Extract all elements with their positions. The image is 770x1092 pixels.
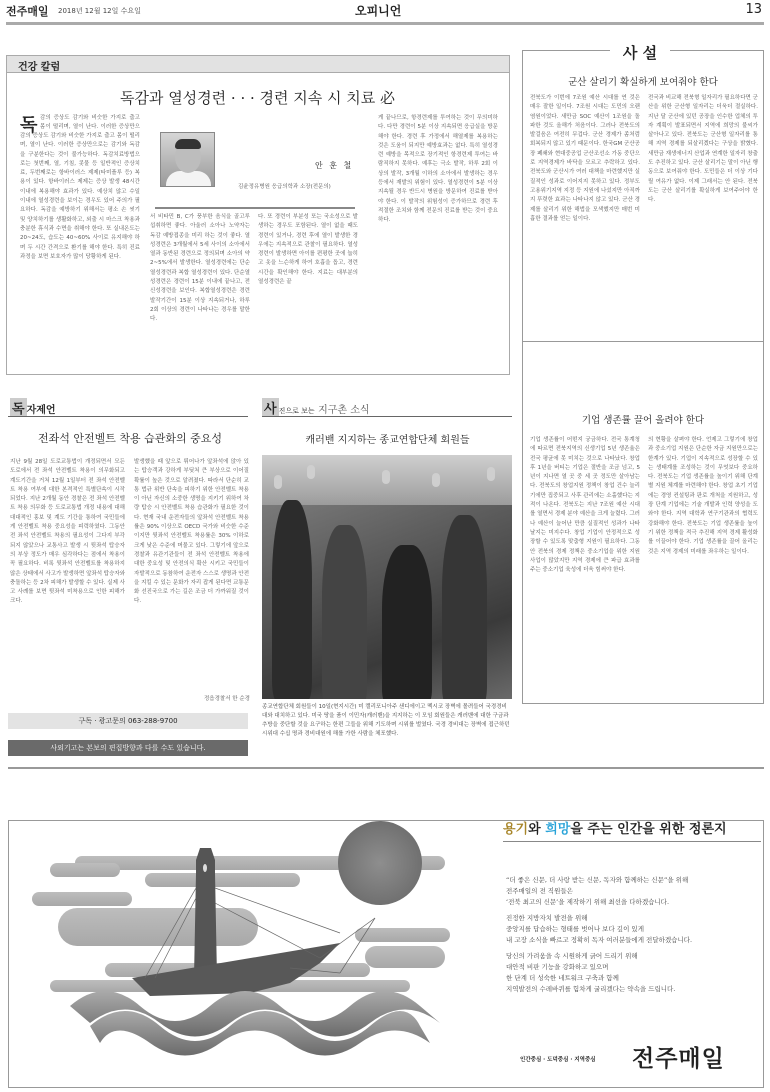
reader-col-2: 발생했을 때 앞으로 튀어나가 앞좌석에 앉아 있는 탑승객과 강하게 부딪쳐 … (134, 458, 249, 693)
health-col-1-intro: 감의 증상도 감기와 비슷한 가지로 춥고 몸이 떨리며, 열이 난다. 이러한… (40, 114, 140, 132)
reader-column-tag: 독자제언 (10, 398, 56, 417)
health-column-band (6, 55, 510, 73)
slogan-rest: 을 주는 인간을 위한 정론지 (570, 822, 726, 837)
photo-hand (274, 475, 282, 489)
news-photo (262, 455, 512, 699)
health-col-2: 서 비타민 B, C가 풍부한 음식을 골고루 섭취하면 좋다. 아울러 소아나… (150, 213, 250, 370)
ad-logo: 전주매일 (632, 1040, 725, 1073)
slogan-courage: 용기 (503, 822, 528, 837)
masthead-brand: 전주매일 (6, 3, 49, 19)
ad-motto: 인간중심 · 도덕중심 · 지역중심 (520, 1055, 596, 1063)
health-column-title: 독감과 열성경련 · · · 경련 지속 시 치료 必 (0, 87, 515, 108)
photo-figure (322, 525, 367, 699)
photo-hair (175, 139, 201, 149)
photo-caption: 종교연합단체 회원들이 10일(현지시간) 미 캘리포니아주 샌디에이고 멕시코… (262, 703, 512, 739)
editorial-2-col-2: 의 현황을 살펴야 한다. 언제고 그렇기에 창업과 중소기업 지원은 단순한 … (648, 436, 758, 696)
reader-tag-rest: 자제언 (27, 405, 56, 416)
photo-hand (307, 465, 315, 479)
world-news-title: 캐러밴 지지하는 종교연합단체 회원들 (260, 431, 515, 446)
author-name: 안 훈 철 (315, 160, 353, 171)
section-title: 오피니언 (355, 2, 401, 19)
ad-pledge: “더 좋은 신문, 더 사랑 받는 신문, 독자와 함께하는 신문”을 위해 전… (506, 875, 764, 1000)
slogan-connector: 와 (528, 822, 545, 837)
pledge-paragraph-2: 진정한 지방자치 발전을 위해 중앙지를 답습하는 형태를 벗어나 보다 깊이 … (506, 913, 764, 946)
author-rule (155, 207, 355, 209)
slogan-hope: 희망 (545, 822, 570, 837)
pledge-line: “더 좋은 신문, 더 사랑 받는 신문, 독자와 함께하는 신문”을 위해 (506, 876, 688, 884)
world-news-tag: 사진으로 보는 지구촌 소식 (262, 398, 370, 417)
pledge-line: 전주매일의 전 직원들은 (506, 887, 573, 895)
reader-byline: 정읍경찰서 한 순경 (180, 695, 250, 705)
world-news-rule (262, 416, 512, 417)
health-column-label: 건강 칼럼 (18, 58, 60, 73)
photo-figure (382, 545, 432, 699)
issue-date: 2018년 12월 12일 수요일 (58, 6, 141, 16)
editorial-1-col-1: 전북도가 이번에 7조원 예산 시대를 연 것은 매우 잘한 일이다. 7조원 … (530, 94, 640, 396)
editorial-2-title: 기업 생존률 끌어 올려야 한다 (522, 412, 764, 426)
reader-col-1: 지난 9월 28일 도로교통법이 개정되면서 모든 도로에서 전 좌석 안전벨트… (10, 458, 125, 706)
world-tag-initial: 사 (262, 398, 279, 417)
photo-figure (272, 500, 312, 699)
subscription-phone: 063-288-9700 (128, 717, 178, 725)
pledge-line: 내 고장 소식을 빠르고 정확히 독자 여러분들에게 전달하겠습니다. (506, 936, 692, 944)
world-tag-rest: 지구촌 소식 (318, 405, 369, 416)
health-col-3: 다. 또 경련이 부분성 또는 국소성으로 발생하는 경우도 포함된다. 열이 … (258, 213, 358, 370)
ad-slogan: 용기와 희망을 주는 인간을 위한 정론지 (503, 818, 727, 837)
author-photo (160, 132, 215, 187)
subscription-label: 구독 · 광고문의 (78, 717, 125, 725)
pledge-line: 중앙지를 답습하는 형태를 벗어나 보다 깊이 있게 (506, 925, 644, 933)
pledge-paragraph-1: “더 좋은 신문, 더 사랑 받는 신문, 독자와 함께하는 신문”을 위해 전… (506, 875, 764, 908)
pen-nib-sailboat-illustration (20, 818, 490, 1078)
disclaimer-band: 사외기고는 본보의 편집방향과 다를 수도 있습니다. (8, 740, 248, 756)
subscription-band: 구독 · 광고문의 063-288-9700 (8, 713, 248, 729)
editorial-label: 사 설 (610, 42, 670, 63)
reader-column-rule (8, 416, 248, 417)
health-col-4: 게 끝나므로, 항경련제를 투여하는 것이 무의미하다. 다만 경련이 5분 이… (378, 114, 498, 370)
photo-hand (382, 470, 390, 484)
pledge-line: ‘전북 최고의 신문’을 제작하기 위해 최선을 다하겠습니다. (506, 898, 669, 906)
pledge-line: 당신의 가려움을 속 시원하게 긁어 드리기 위해 (506, 952, 638, 960)
photo-figure (442, 515, 487, 699)
ad-rule (503, 841, 761, 842)
page-number: 13 (745, 2, 762, 17)
editorial-1-title: 군산 살리기 확실하게 보여줘야 한다 (522, 74, 764, 88)
editorial-2-col-1: 기업 생존률이 어떤지 궁금하다. 전국 통계청에 따르면 전북지역의 신생기업… (530, 436, 640, 696)
pledge-line: 한 단계 더 성숙한 네트워크 구축과 함께 (506, 974, 619, 982)
photo-hand (432, 473, 440, 487)
photo-body (166, 171, 211, 187)
author-role: 김윤정유병원 응급의학과 소장(전문의) (238, 182, 331, 190)
photo-hand (487, 467, 495, 481)
pledge-line: 지역발전의 수레바퀴를 힘차게 굴리겠다는 약속을 드립니다. (506, 985, 675, 993)
pledge-line: 대안적 비판 기능을 강화하고 있으며 (506, 963, 608, 971)
pledge-paragraph-3: 당신의 가려움을 속 시원하게 긁어 드리기 위해 대안적 비판 기능을 강화하… (506, 951, 764, 995)
world-tag-small: 진으로 보는 (279, 407, 315, 415)
reader-column-title: 전좌석 안전벨트 착용 습관화의 중요성 (0, 430, 260, 446)
editorial-1-col-2: 전국과 비교해 전북형 일자리가 필요하다면 군산을 위한 군산형 일자리는 더… (648, 94, 758, 396)
header-rule (6, 22, 764, 25)
health-col-1: 감의 증상도 감기와 비슷한 가지로 춥고 몸이 떨리며, 열이 난다. 이러한… (20, 132, 140, 370)
reader-tag-initial: 독 (10, 398, 27, 417)
pledge-line: 진정한 지방자치 발전을 위해 (506, 914, 588, 922)
section-divider (262, 767, 764, 769)
